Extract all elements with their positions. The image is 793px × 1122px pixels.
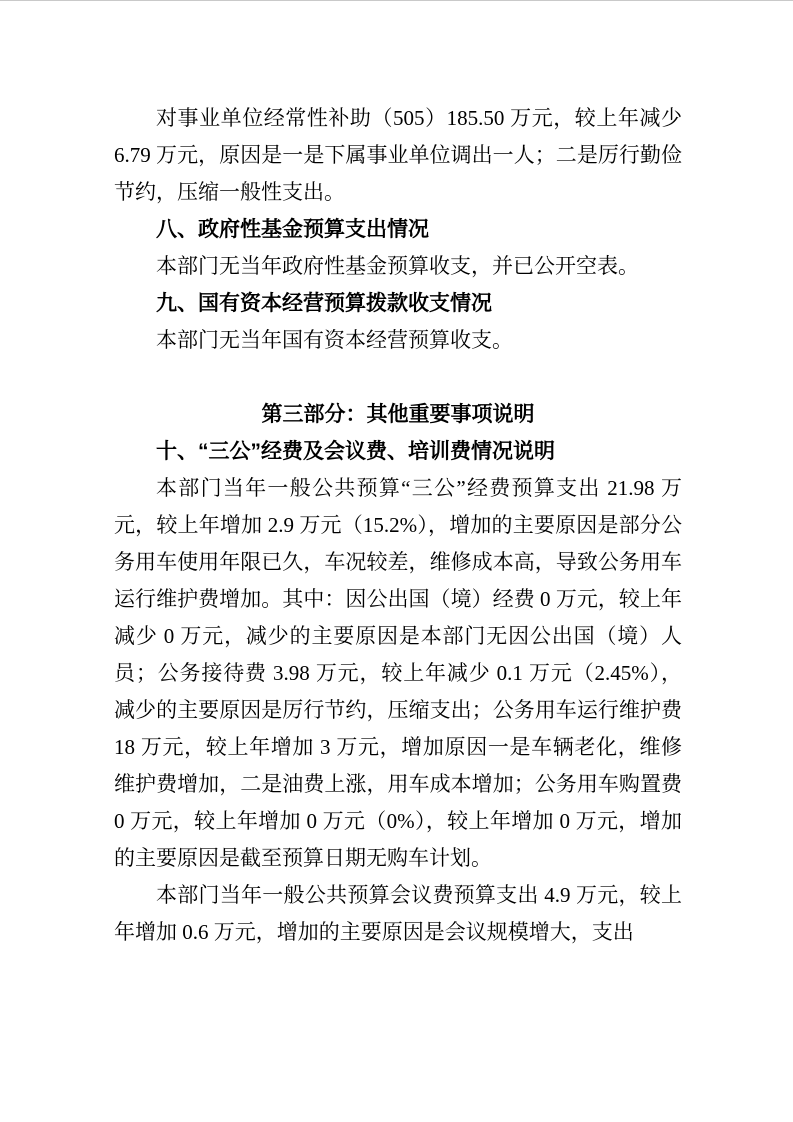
section-10-heading: 十、“三公”经费及会议费、培训费情况说明 xyxy=(114,433,682,470)
section-8-heading: 八、政府性基金预算支出情况 xyxy=(114,211,682,248)
section-8-body: 本部门无当年政府性基金预算收支，并已公开空表。 xyxy=(114,248,682,285)
section-9-body: 本部门无当年国有资本经营预算收支。 xyxy=(114,322,682,359)
part-3-title: 第三部分：其他重要事项说明 xyxy=(114,396,682,433)
section-9-heading: 九、国有资本经营预算拨款收支情况 xyxy=(114,285,682,322)
paragraph-subsidy: 对事业单位经常性补助（505）185.50 万元，较上年减少 6.79 万元，原… xyxy=(114,100,682,211)
section-10-paragraph-1: 本部门当年一般公共预算“三公”经费预算支出 21.98 万元，较上年增加 2.9… xyxy=(114,470,682,877)
section-10-paragraph-2: 本部门当年一般公共预算会议费预算支出 4.9 万元，较上年增加 0.6 万元，增… xyxy=(114,877,682,951)
document-page: 对事业单位经常性补助（505）185.50 万元，较上年减少 6.79 万元，原… xyxy=(0,0,793,1122)
